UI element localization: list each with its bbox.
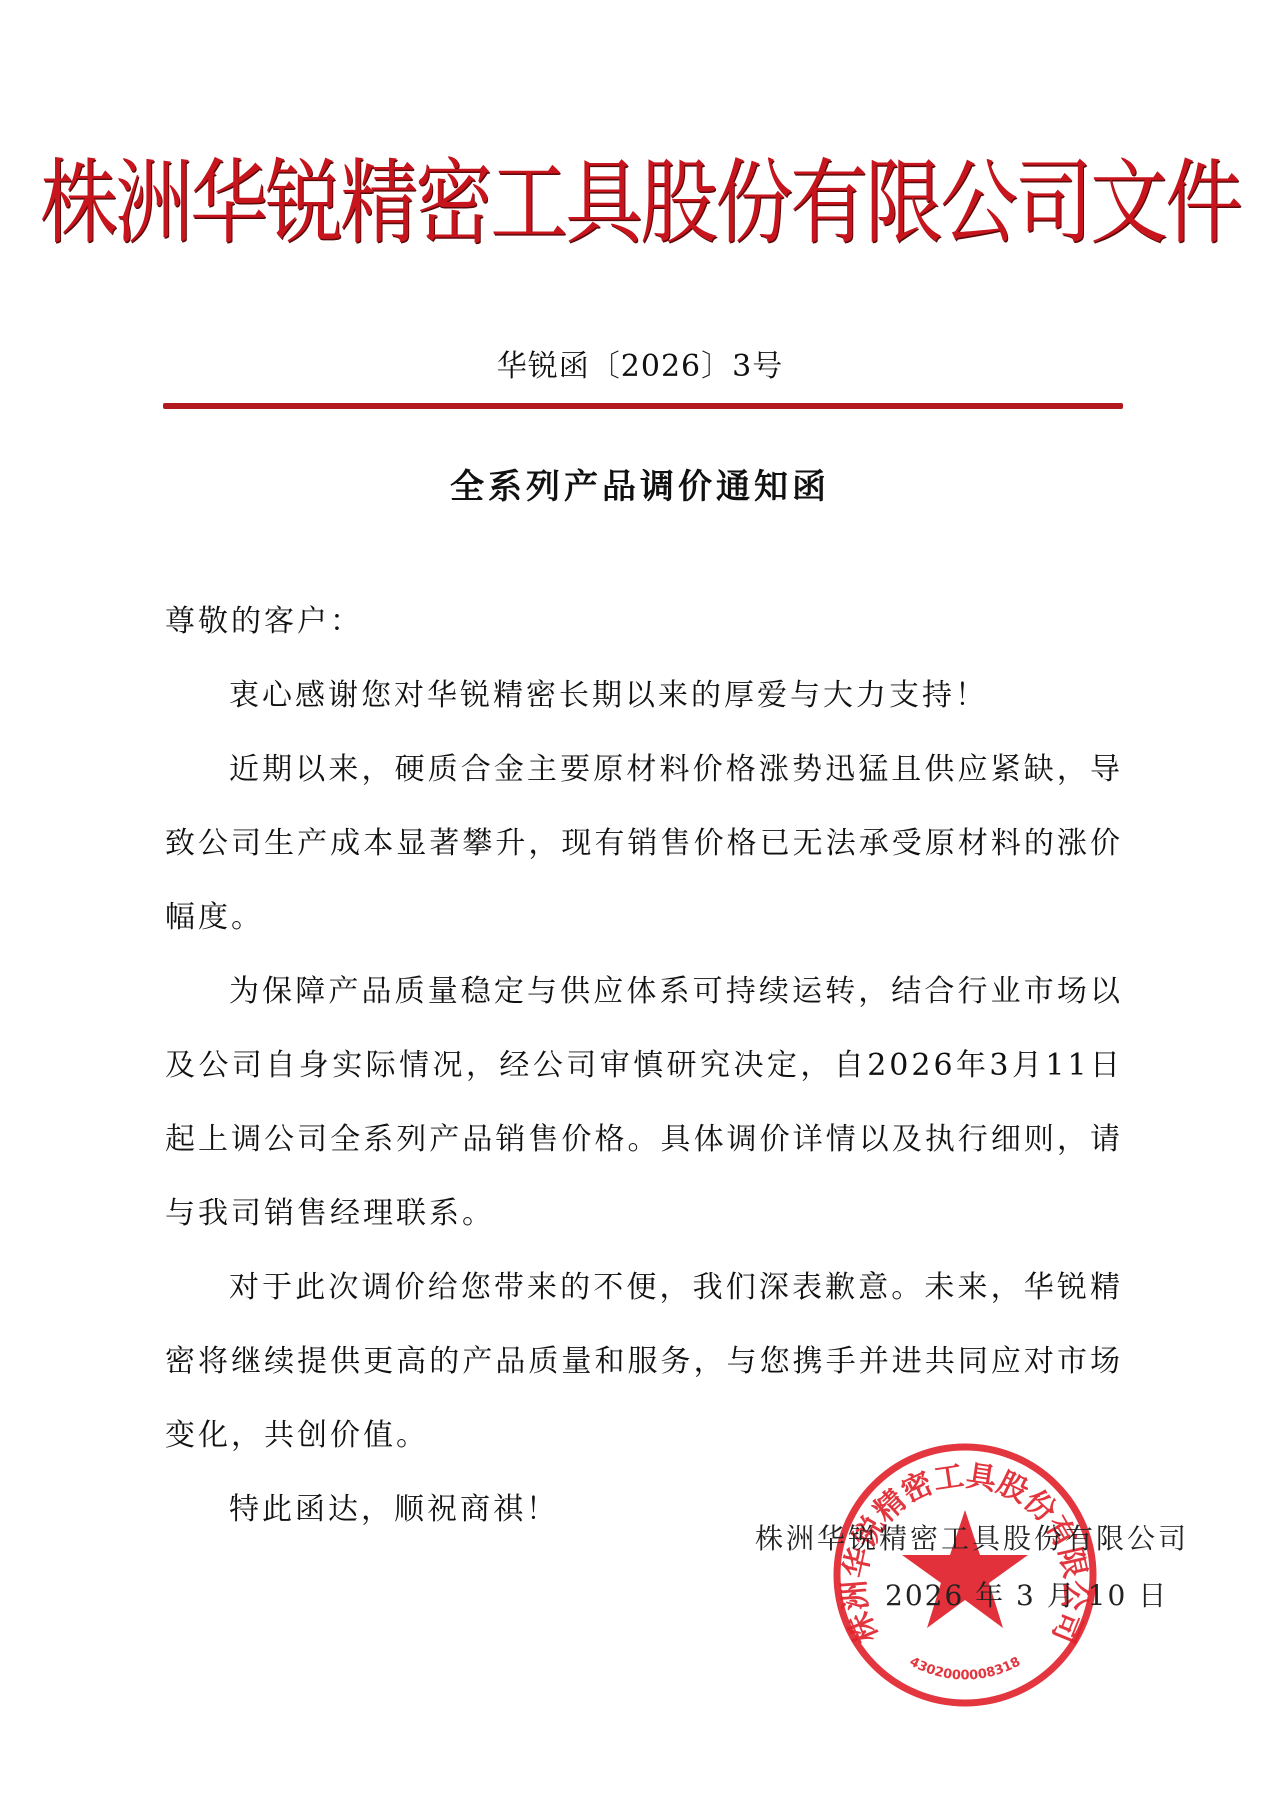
company-seal: 株洲华锐精密工具股份有限公司 4302000008318: [830, 1440, 1100, 1710]
paragraph-thanks: 衷心感谢您对华锐精密长期以来的厚爱与大力支持！: [165, 659, 1123, 733]
letterhead-title: 株洲华锐精密工具股份有限公司文件: [0, 158, 1280, 250]
salutation: 尊敬的客户：: [165, 585, 1123, 659]
signature-date: 2026 年 3 月 10 日: [885, 1582, 1168, 1610]
paragraph-reason: 近期以来，硬质合金主要原材料价格涨势迅猛且供应紧缺，导致公司生产成本显著攀升，现…: [165, 733, 1123, 955]
paragraph-decision: 为保障产品质量稳定与供应体系可持续运转，结合行业市场以及公司自身实际情况，经公司…: [165, 955, 1123, 1251]
red-divider: [163, 403, 1123, 409]
letter-body: 尊敬的客户： 衷心感谢您对华锐精密长期以来的厚爱与大力支持！ 近期以来，硬质合金…: [165, 585, 1123, 1547]
signature-company: 株洲华锐精密工具股份有限公司: [755, 1525, 1189, 1553]
notice-title: 全系列产品调价通知函: [0, 470, 1280, 504]
document-number: 华锐函〔2026〕3号: [0, 352, 1280, 382]
svg-text:4302000008318: 4302000008318: [907, 1654, 1023, 1683]
seal-code: 4302000008318: [907, 1654, 1023, 1683]
